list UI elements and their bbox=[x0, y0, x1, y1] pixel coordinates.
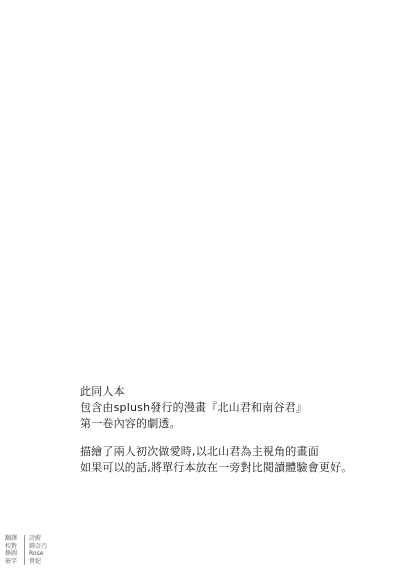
description-line: 如果可以的話,將單行本放在一旁對比閱讀體驗會更好。 bbox=[80, 460, 353, 476]
divider bbox=[24, 535, 25, 543]
credit-row: 校對 鍾奈乃 bbox=[5, 543, 47, 551]
credit-label: 校對 bbox=[5, 543, 20, 551]
credit-value: 鍾奈乃 bbox=[29, 543, 47, 551]
credit-label: 修圖 bbox=[5, 550, 20, 558]
divider bbox=[24, 550, 25, 558]
credit-label: 翻譯 bbox=[5, 535, 20, 543]
intro-line: 此同人本 bbox=[80, 384, 307, 400]
description-line: 描繪了兩人初次做愛時,以北山君為主視角的畫面 bbox=[80, 444, 353, 460]
description-text-block: 描繪了兩人初次做愛時,以北山君為主視角的畫面 如果可以的話,將單行本放在一旁對比… bbox=[80, 444, 353, 476]
credit-row: 嵌字 貴妃 bbox=[5, 558, 47, 566]
credit-row: 翻譯 詩蔚 bbox=[5, 535, 47, 543]
credit-value: 貴妃 bbox=[29, 558, 41, 566]
credits-block: 翻譯 詩蔚 校對 鍾奈乃 修圖 Rose 嵌字 貴妃 bbox=[5, 535, 47, 565]
credit-value: Rose bbox=[29, 550, 43, 558]
divider bbox=[24, 558, 25, 566]
intro-line: 包含由splush發行的漫畫『北山君和南谷君』 bbox=[80, 400, 307, 416]
divider bbox=[24, 543, 25, 551]
intro-text-block: 此同人本 包含由splush發行的漫畫『北山君和南谷君』 第一卷內容的劇透。 bbox=[80, 384, 307, 432]
intro-line: 第一卷內容的劇透。 bbox=[80, 416, 307, 432]
credit-value: 詩蔚 bbox=[29, 535, 41, 543]
credit-label: 嵌字 bbox=[5, 558, 20, 566]
credit-row: 修圖 Rose bbox=[5, 550, 47, 558]
